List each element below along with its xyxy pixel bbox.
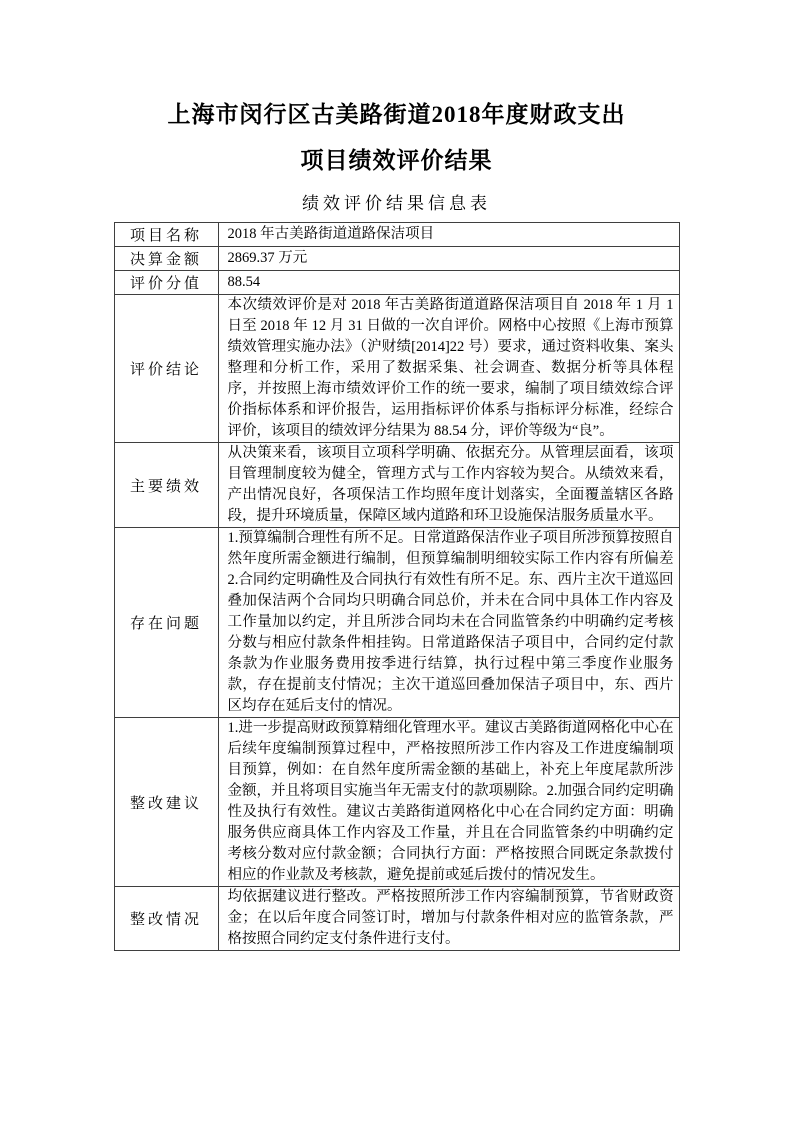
table-row: 存在问题 1.预算编制合理性有所不足。日常道路保洁作业子项目所涉预算按照自然年度…: [114, 528, 679, 718]
table-row: 整改情况 均依据建议进行整改。严格按照所涉工作内容编制预算，节省财政资金；在以后…: [114, 887, 679, 951]
row-value: 1.进一步提高财政预算精细化管理水平。建议古美路街道网格化中心在后续年度编制预算…: [218, 718, 679, 887]
row-label: 决算金额: [114, 247, 218, 271]
table-row: 评价结论 本次绩效评价是对 2018 年古美路街道道路保洁项目自 2018 年 …: [114, 295, 679, 443]
row-value: 均依据建议进行整改。严格按照所涉工作内容编制预算，节省财政资金；在以后年度合同签…: [218, 887, 679, 951]
row-value: 88.54: [218, 271, 679, 295]
row-label: 评价结论: [114, 295, 218, 443]
row-value: 本次绩效评价是对 2018 年古美路街道道路保洁项目自 2018 年 1 月 1…: [218, 295, 679, 443]
row-label: 项目名称: [114, 223, 218, 247]
row-label: 整改情况: [114, 887, 218, 951]
row-value: 2018 年古美路街道道路保洁项目: [218, 223, 679, 247]
row-value: 2869.37 万元: [218, 247, 679, 271]
row-label: 存在问题: [114, 528, 218, 718]
table-row: 主要绩效 从决策来看，该项目立项科学明确、依据充分。从管理层面看，该项目管理制度…: [114, 443, 679, 528]
document-title: 上海市闵行区古美路街道2018年度财政支出 项目绩效评价结果: [0, 0, 793, 184]
document-title-line-1: 上海市闵行区古美路街道2018年度财政支出: [0, 92, 793, 138]
table-row: 整改建议 1.进一步提高财政预算精细化管理水平。建议古美路街道网格化中心在后续年…: [114, 718, 679, 887]
document-page: 上海市闵行区古美路街道2018年度财政支出 项目绩效评价结果 绩效评价结果信息表…: [0, 0, 793, 1122]
document-title-line-2: 项目绩效评价结果: [0, 138, 793, 184]
row-label: 评价分值: [114, 271, 218, 295]
evaluation-result-table-body: 项目名称 2018 年古美路街道道路保洁项目 决算金额 2869.37 万元 评…: [114, 223, 679, 951]
evaluation-result-table: 项目名称 2018 年古美路街道道路保洁项目 决算金额 2869.37 万元 评…: [114, 222, 680, 951]
table-row: 项目名称 2018 年古美路街道道路保洁项目: [114, 223, 679, 247]
row-value: 从决策来看，该项目立项科学明确、依据充分。从管理层面看，该项目管理制度较为健全，…: [218, 443, 679, 528]
row-label: 整改建议: [114, 718, 218, 887]
table-row: 评价分值 88.54: [114, 271, 679, 295]
table-caption: 绩效评价结果信息表: [0, 192, 793, 216]
row-label: 主要绩效: [114, 443, 218, 528]
table-row: 决算金额 2869.37 万元: [114, 247, 679, 271]
row-value: 1.预算编制合理性有所不足。日常道路保洁作业子项目所涉预算按照自然年度所需金额进…: [218, 528, 679, 718]
